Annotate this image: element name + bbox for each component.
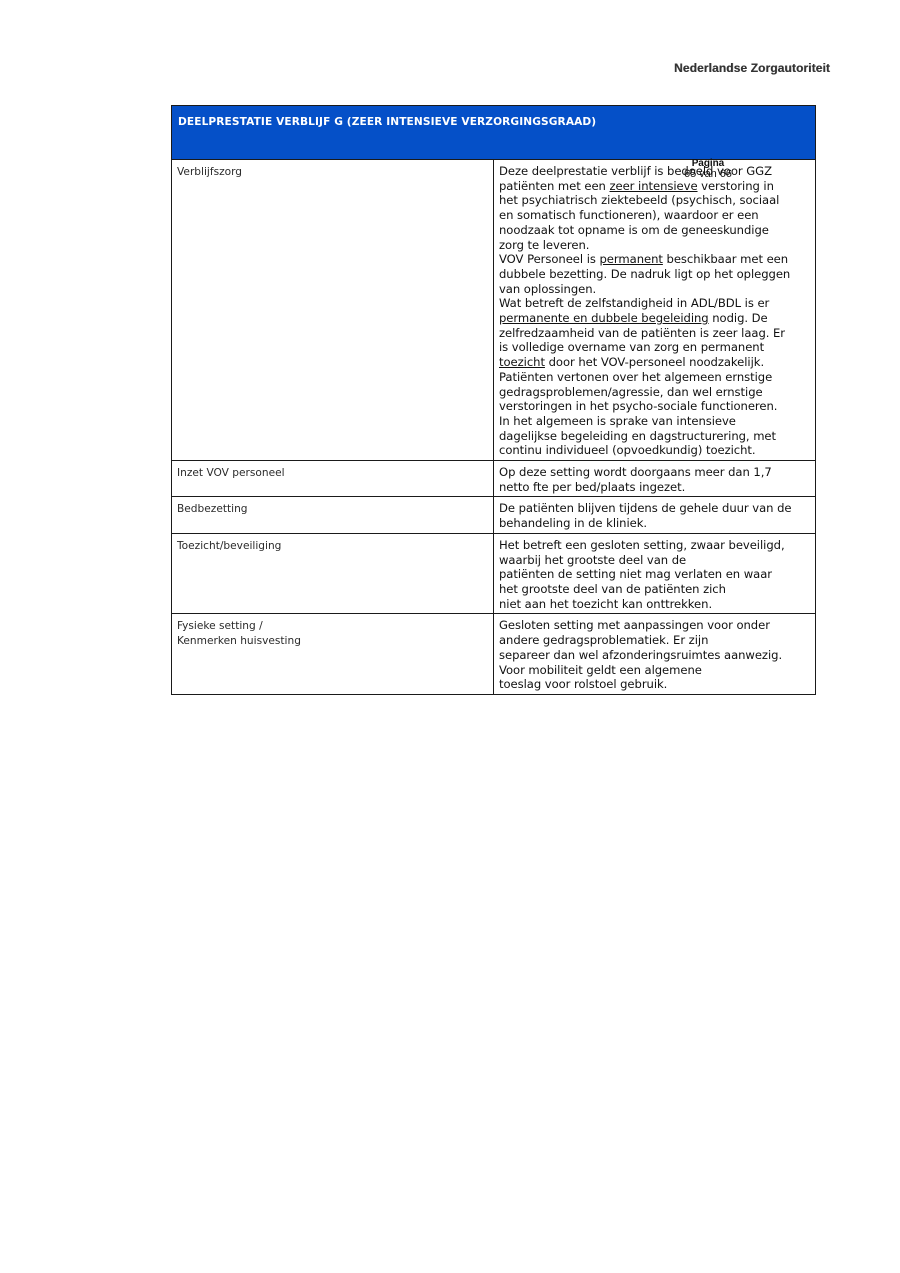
text-run: het psychiatrisch ziektebeeld (psychisch…: [499, 193, 779, 207]
row-value-line: Op deze setting wordt doorgaans meer dan…: [499, 465, 810, 480]
row-value: De patiënten blijven tijdens de gehele d…: [494, 497, 816, 533]
text-run: Patiënten vertonen over het algemeen ern…: [499, 370, 772, 384]
text-run: en somatisch functioneren), waardoor er …: [499, 208, 759, 222]
row-label-line: Kenmerken huisvesting: [177, 634, 488, 649]
row-value-line: toeslag voor rolstoel gebruik.: [499, 677, 810, 692]
row-value-line: van oplossingen.: [499, 282, 810, 297]
organization-name: Nederlandse Zorgautoriteit: [674, 61, 830, 75]
row-value-line: Deze deelprestatie verblijf is bedoeld v…: [499, 164, 810, 179]
row-label-line: Toezicht/beveiliging: [177, 539, 488, 554]
text-run: Deze deelprestatie verblijf is bedoeld v…: [499, 164, 772, 178]
row-value-line: zorg te leveren.: [499, 238, 810, 253]
row-label-line: Fysieke setting /: [177, 619, 488, 634]
row-value-line: noodzaak tot opname is om de geneeskundi…: [499, 223, 810, 238]
row-value-line: zelfredzaamheid van de patiënten is zeer…: [499, 326, 810, 341]
underlined-text: permanente en dubbele begeleiding: [499, 311, 709, 325]
text-run: patiënten de setting niet mag verlaten e…: [499, 567, 772, 581]
text-run: beschikbaar met een: [663, 252, 788, 266]
text-run: noodzaak tot opname is om de geneeskundi…: [499, 223, 769, 237]
text-run: gedragsproblemen/agressie, dan wel ernst…: [499, 385, 763, 399]
row-value-line: patiënten met een zeer intensieve versto…: [499, 179, 810, 194]
row-value-line: In het algemeen is sprake van intensieve: [499, 414, 810, 429]
text-run: verstoringen in het psycho-sociale funct…: [499, 399, 777, 413]
row-value-line: Gesloten setting met aanpassingen voor o…: [499, 618, 810, 633]
text-run: Wat betreft de zelfstandigheid in ADL/BD…: [499, 296, 769, 310]
row-value-line: continu individueel (opvoedkundig) toezi…: [499, 443, 810, 458]
row-value-line: gedragsproblemen/agressie, dan wel ernst…: [499, 385, 810, 400]
row-value-line: andere gedragsproblematiek. Er zijn: [499, 633, 810, 648]
row-value-line: De patiënten blijven tijdens de gehele d…: [499, 501, 810, 516]
table-body: VerblijfszorgDeze deelprestatie verblijf…: [172, 160, 816, 695]
table-row: Inzet VOV personeelOp deze setting wordt…: [172, 461, 816, 497]
row-label: Bedbezetting: [172, 497, 494, 533]
text-run: De patiënten blijven tijdens de gehele d…: [499, 501, 791, 515]
text-run: separeer dan wel afzonderingsruimtes aan…: [499, 648, 782, 662]
row-value: Op deze setting wordt doorgaans meer dan…: [494, 461, 816, 497]
text-run: behandeling in de kliniek.: [499, 516, 647, 530]
row-value-line: het psychiatrisch ziektebeeld (psychisch…: [499, 193, 810, 208]
text-run: Voor mobiliteit geldt een algemene: [499, 663, 702, 677]
row-value-line: is volledige overname van zorg en perman…: [499, 340, 810, 355]
text-run: VOV Personeel is: [499, 252, 600, 266]
table-row: BedbezettingDe patiënten blijven tijdens…: [172, 497, 816, 533]
row-value-line: dagelijkse begeleiding en dagstructureri…: [499, 429, 810, 444]
text-run: waarbij het grootste deel van de: [499, 553, 686, 567]
row-value-line: verstoringen in het psycho-sociale funct…: [499, 399, 810, 414]
row-value-line: netto fte per bed/plaats ingezet.: [499, 480, 810, 495]
row-label-line: Bedbezetting: [177, 502, 488, 517]
table-title: DEELPRESTATIE VERBLIJF G (ZEER INTENSIEV…: [172, 106, 816, 160]
row-value-line: Het betreft een gesloten setting, zwaar …: [499, 538, 810, 553]
row-label-line: Inzet VOV personeel: [177, 466, 488, 481]
underlined-text: toezicht: [499, 355, 545, 369]
row-value-line: separeer dan wel afzonderingsruimtes aan…: [499, 648, 810, 663]
row-value-line: het grootste deel van de patiënten zich: [499, 582, 810, 597]
row-value-line: permanente en dubbele begeleiding nodig.…: [499, 311, 810, 326]
row-value: Gesloten setting met aanpassingen voor o…: [494, 614, 816, 695]
text-run: zelfredzaamheid van de patiënten is zeer…: [499, 326, 785, 340]
text-run: Op deze setting wordt doorgaans meer dan…: [499, 465, 772, 479]
text-run: zorg te leveren.: [499, 238, 589, 252]
table-row: Fysieke setting /Kenmerken huisvestingGe…: [172, 614, 816, 695]
row-value-line: Wat betreft de zelfstandigheid in ADL/BD…: [499, 296, 810, 311]
table-header-row: DEELPRESTATIE VERBLIJF G (ZEER INTENSIEV…: [172, 106, 816, 160]
text-run: netto fte per bed/plaats ingezet.: [499, 480, 685, 494]
text-run: is volledige overname van zorg en perman…: [499, 340, 764, 354]
underlined-text: zeer intensieve: [609, 179, 697, 193]
row-label-line: Verblijfszorg: [177, 165, 488, 180]
row-value: Deze deelprestatie verblijf is bedoeld v…: [494, 160, 816, 461]
text-run: continu individueel (opvoedkundig) toezi…: [499, 443, 756, 457]
text-run: dubbele bezetting. De nadruk ligt op het…: [499, 267, 790, 281]
row-value-line: toezicht door het VOV-personeel noodzake…: [499, 355, 810, 370]
underlined-text: permanent: [600, 252, 663, 266]
table-row: VerblijfszorgDeze deelprestatie verblijf…: [172, 160, 816, 461]
text-run: van oplossingen.: [499, 282, 596, 296]
text-run: niet aan het toezicht kan onttrekken.: [499, 597, 712, 611]
row-label: Inzet VOV personeel: [172, 461, 494, 497]
row-value-line: Patiënten vertonen over het algemeen ern…: [499, 370, 810, 385]
text-run: Gesloten setting met aanpassingen voor o…: [499, 618, 770, 632]
row-value-line: dubbele bezetting. De nadruk ligt op het…: [499, 267, 810, 282]
row-label: Verblijfszorg: [172, 160, 494, 461]
row-value-line: VOV Personeel is permanent beschikbaar m…: [499, 252, 810, 267]
row-value-line: waarbij het grootste deel van de: [499, 553, 810, 568]
row-value-line: niet aan het toezicht kan onttrekken.: [499, 597, 810, 612]
row-value-line: Voor mobiliteit geldt een algemene: [499, 663, 810, 678]
text-run: dagelijkse begeleiding en dagstructureri…: [499, 429, 776, 443]
text-run: door het VOV-personeel noodzakelijk.: [545, 355, 764, 369]
row-label: Fysieke setting /Kenmerken huisvesting: [172, 614, 494, 695]
text-run: toeslag voor rolstoel gebruik.: [499, 677, 667, 691]
text-run: het grootste deel van de patiënten zich: [499, 582, 726, 596]
text-run: nodig. De: [709, 311, 768, 325]
text-run: patiënten met een: [499, 179, 609, 193]
deelprestatie-table: DEELPRESTATIE VERBLIJF G (ZEER INTENSIEV…: [171, 105, 816, 695]
row-value-line: en somatisch functioneren), waardoor er …: [499, 208, 810, 223]
row-label: Toezicht/beveiliging: [172, 533, 494, 614]
row-value: Het betreft een gesloten setting, zwaar …: [494, 533, 816, 614]
row-value-line: behandeling in de kliniek.: [499, 516, 810, 531]
table-row: Toezicht/beveiligingHet betreft een gesl…: [172, 533, 816, 614]
text-run: Het betreft een gesloten setting, zwaar …: [499, 538, 785, 552]
text-run: andere gedragsproblematiek. Er zijn: [499, 633, 708, 647]
text-run: In het algemeen is sprake van intensieve: [499, 414, 736, 428]
text-run: verstoring in: [698, 179, 774, 193]
row-value-line: patiënten de setting niet mag verlaten e…: [499, 567, 810, 582]
